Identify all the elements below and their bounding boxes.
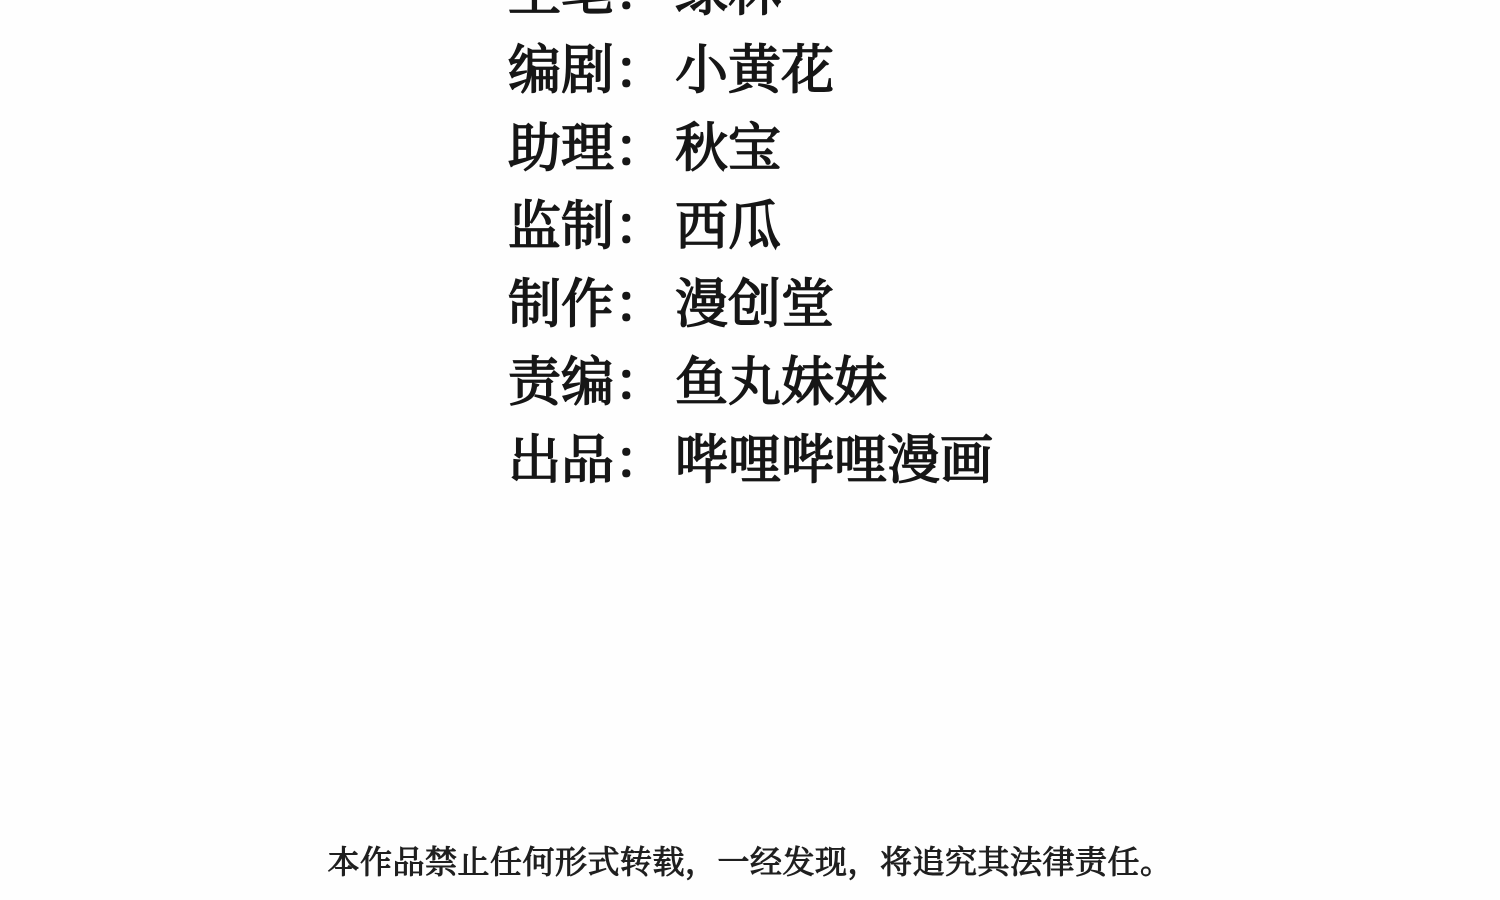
credit-separator: ： (614, 275, 667, 334)
credit-line-publisher: 出品：哔哩哔哩漫画 (508, 422, 993, 500)
credit-name: 小黄花 (675, 41, 834, 100)
credit-role-label: 助理 (508, 119, 614, 178)
credit-role-label: 出品 (508, 431, 614, 490)
copyright-notice: 本作品禁止任何形式转载，一经发现，将追究其法律责任。 (0, 836, 1500, 888)
credit-line-writer: 编剧：小黄花 (508, 32, 993, 110)
credits-list: 主笔：绿林 编剧：小黄花 助理：秋宝 监制：西瓜 制作：漫创堂 责编：鱼丸妹妹 … (508, 0, 993, 500)
credit-role-label: 责编 (508, 353, 614, 412)
credit-name: 西瓜 (675, 197, 781, 256)
credit-name: 漫创堂 (675, 275, 834, 334)
credit-name: 鱼丸妹妹 (675, 353, 887, 412)
credit-line-editor: 责编：鱼丸妹妹 (508, 344, 993, 422)
credit-line-assistant: 助理：秋宝 (508, 110, 993, 188)
credit-line-production: 制作：漫创堂 (508, 266, 993, 344)
credit-role-label: 制作 (508, 275, 614, 334)
comic-credits-page: 主笔：绿林 编剧：小黄花 助理：秋宝 监制：西瓜 制作：漫创堂 责编：鱼丸妹妹 … (0, 0, 1500, 900)
credit-line-supervisor: 监制：西瓜 (508, 188, 993, 266)
credit-name: 绿林 (675, 0, 781, 22)
credit-separator: ： (614, 353, 667, 412)
credit-separator: ： (614, 0, 667, 22)
credit-name: 秋宝 (675, 119, 781, 178)
credit-name: 哔哩哔哩漫画 (675, 431, 993, 490)
credit-role-label: 监制 (508, 197, 614, 256)
credit-line-artist: 主笔：绿林 (508, 0, 993, 32)
credit-role-label: 主笔 (508, 0, 614, 22)
credit-separator: ： (614, 431, 667, 490)
credit-separator: ： (614, 41, 667, 100)
credit-role-label: 编剧 (508, 41, 614, 100)
credit-separator: ： (614, 119, 667, 178)
credit-separator: ： (614, 197, 667, 256)
